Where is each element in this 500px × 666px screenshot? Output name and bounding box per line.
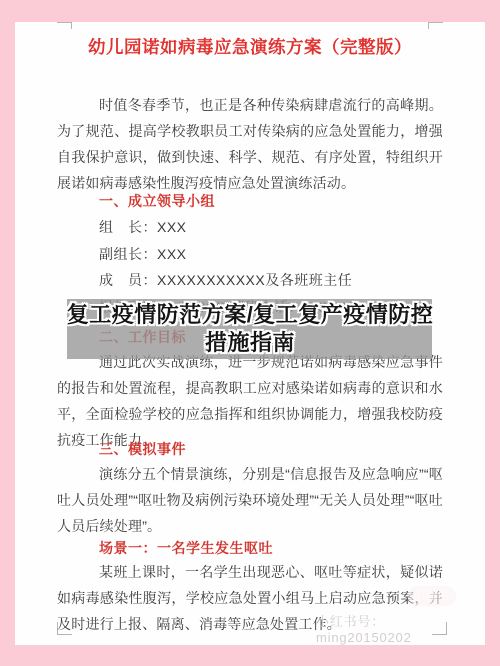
watermark-account-text: 小红书号：ming20150202	[316, 611, 476, 645]
list-item-members: 成 员：XXXXXXXXXXX及各班班主任	[57, 267, 443, 294]
scene-1-heading: 场景一：一名学生发生呕吐	[57, 535, 443, 561]
section-3-heading: 三、模拟事件	[57, 436, 443, 462]
list-item-leader: 组 长：XXX	[57, 214, 443, 241]
xiaohongshu-badge: 小红书	[408, 586, 456, 606]
list-item-deputy-leader: 副组长：XXX	[57, 241, 443, 268]
intro-paragraph: 时值冬春季节，也正是各种传染病肆虐流行的高峰期。为了规范、提高学校教职员工对传染…	[57, 92, 443, 196]
overlay-caption-title: 复工疫情防范方案/复工复产疫情防控措施指南	[66, 301, 434, 357]
section-3-paragraph: 演练分五个情景演练，分别是“信息报告及应急响应”“呕吐人员处理”“呕吐物及病例污…	[57, 461, 443, 539]
margin-mark-top-left	[57, 22, 72, 29]
section-1-heading: 一、成立领导小组	[57, 188, 443, 214]
screenshot-root: 幼儿园诺如病毒应急演练方案（完整版） 时值冬春季节，也正是各种传染病肆虐流行的高…	[0, 0, 500, 666]
document-title: 幼儿园诺如病毒应急演练方案（完整版）	[15, 34, 485, 59]
margin-mark-top-right	[428, 22, 443, 29]
